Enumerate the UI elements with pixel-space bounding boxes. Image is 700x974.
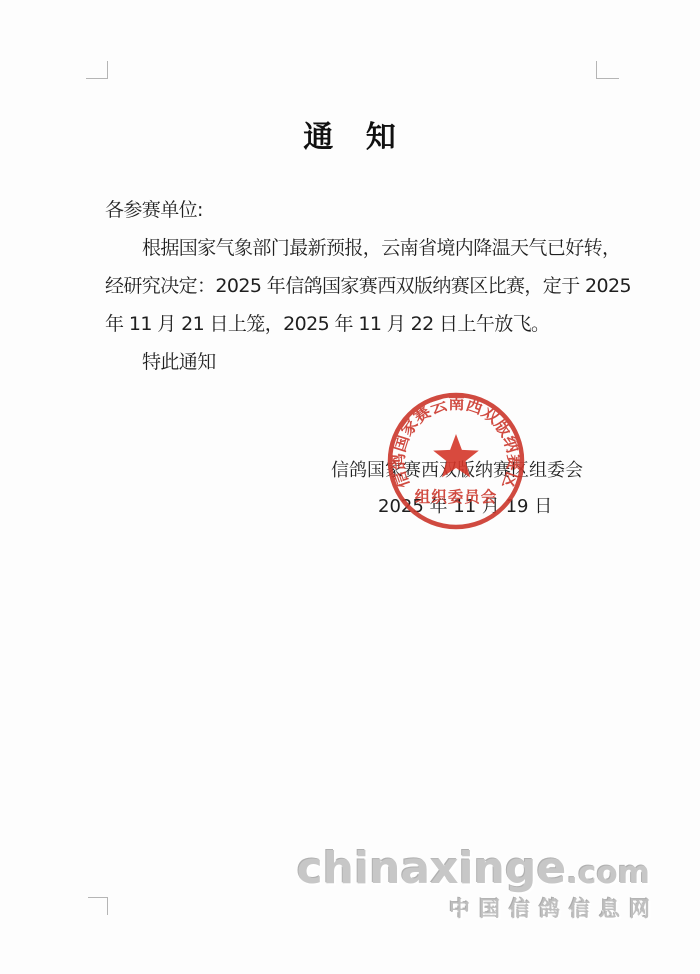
corner-mark-top-right <box>596 61 619 79</box>
greeting-line: 各参赛单位: <box>105 195 625 222</box>
page-title: 通 知 <box>0 112 700 156</box>
body-line-2: 经研究决定：2025 年信鸽国家赛西双版纳赛区比赛，定于 2025 <box>105 271 625 298</box>
watermark-site-chinese-name: 中国信鸽信息网 <box>297 897 659 921</box>
corner-mark-top-left <box>86 61 108 79</box>
seal-star-icon <box>433 434 479 477</box>
watermark-site-name: chinaxinge <box>297 843 567 894</box>
body-line-1: 根据国家气象部门最新预报，云南省境内降温天气已好转， <box>105 233 625 260</box>
body-line-3: 年 11 月 21 日上笼，2025 年 11 月 22 日上午放飞。 <box>105 309 625 336</box>
closing-line: 特此通知 <box>105 347 625 374</box>
notice-document: 通 知 各参赛单位: 根据国家气象部门最新预报，云南省境内降温天气已好转， 经研… <box>0 0 700 974</box>
seal-bottom-text: 组织委员会 <box>415 487 498 506</box>
corner-mark-bottom-left <box>88 897 108 915</box>
watermark: chinaxinge.com 中国信鸽信息网 <box>297 847 650 921</box>
official-seal-stamp: 信鸽国家赛云南西双版纳赛区 组织委员会 <box>366 371 546 551</box>
watermark-site-tld: .com <box>566 855 650 891</box>
watermark-site-url: chinaxinge.com <box>297 847 650 895</box>
